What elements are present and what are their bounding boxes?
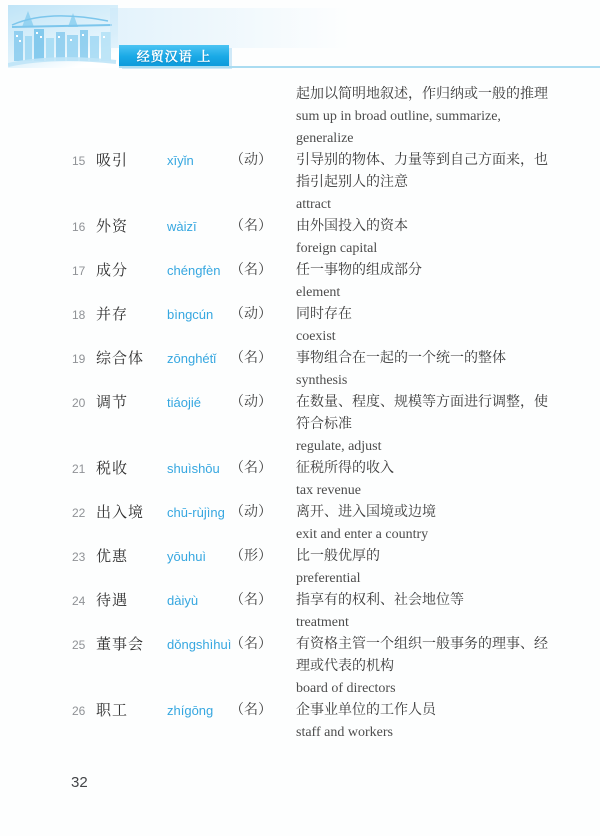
entry-number: 21: [72, 458, 96, 480]
entry-definition: 离开、进入国境或边境exit and enter a country: [296, 502, 600, 546]
vocab-entry: 18并存bìngcún（动）同时存在coexist: [0, 304, 600, 348]
entry-word: 税收: [96, 458, 167, 480]
entry-definition: 事物组合在一起的一个统一的整体synthesis: [296, 348, 600, 392]
entry-pinyin: chū-rùjìng: [167, 502, 230, 524]
entry-word: 吸引: [96, 150, 167, 172]
entry-pinyin: xīyǐn: [167, 150, 230, 172]
entry-word: 优惠: [96, 546, 167, 568]
chapter-banner: 经贸汉语 上: [119, 45, 229, 66]
entry-word: 并存: [96, 304, 167, 326]
definition-line-en: sum up in broad outline, summarize,: [296, 106, 600, 128]
definition-line-en: staff and workers: [296, 722, 600, 744]
vocab-entry: 23优惠yōuhuì（形）比一般优厚的preferential: [0, 546, 600, 590]
entry-pos: （动）: [230, 150, 296, 172]
definition-line-en: regulate, adjust: [296, 436, 600, 458]
entry-number: 17: [72, 260, 96, 282]
vocab-list: 起加以简明地叙述，作归纳或一般的推理sum up in broad outlin…: [0, 84, 600, 744]
chapter-banner-title: 经贸汉语 上: [137, 46, 212, 65]
definition-line-en: tax revenue: [296, 480, 600, 502]
entry-definition: 由外国投入的资本foreign capital: [296, 216, 600, 260]
vocab-entry: 26职工zhígōng（名）企事业单位的工作人员staff and worker…: [0, 700, 600, 744]
definition-line-en: coexist: [296, 326, 600, 348]
definition-line-en: element: [296, 282, 600, 304]
vocab-entry: 20调节tiáojié（动）在数量、程度、规模等方面进行调整，使符合标准regu…: [0, 392, 600, 458]
definition-line-zh: 有资格主管一个组织一般事务的理事、经: [296, 634, 600, 656]
entry-pos: （形）: [230, 546, 296, 568]
page-number: 32: [71, 774, 88, 791]
entry-pinyin: chéngfèn: [167, 260, 230, 282]
entry-pos: （名）: [230, 634, 296, 656]
entry-definition: 指享有的权利、社会地位等treatment: [296, 590, 600, 634]
entry-word: 职工: [96, 700, 167, 722]
entry-definition: 征税所得的收入tax revenue: [296, 458, 600, 502]
entry-pos: （名）: [230, 260, 296, 282]
entry-number: 19: [72, 348, 96, 370]
entry-word: 成分: [96, 260, 167, 282]
entry-pos: （名）: [230, 590, 296, 612]
vocab-entry: 25董事会dǒngshìhuì（名）有资格主管一个组织一般事务的理事、经理或代表…: [0, 634, 600, 700]
definition-line-zh: 任一事物的组成部分: [296, 260, 600, 282]
entry-pos: （名）: [230, 216, 296, 238]
vocab-entry: 17成分chéngfèn（名）任一事物的组成部分element: [0, 260, 600, 304]
definition-line-en: treatment: [296, 612, 600, 634]
entry-definition: 任一事物的组成部分element: [296, 260, 600, 304]
entry-definition: 有资格主管一个组织一般事务的理事、经理或代表的机构board of direct…: [296, 634, 600, 700]
entry-pinyin: zhígōng: [167, 700, 230, 722]
entry-number: 18: [72, 304, 96, 326]
header-wash: [110, 8, 350, 48]
entry-word: 调节: [96, 392, 167, 414]
entry-number: 24: [72, 590, 96, 612]
definition-line-zh: 企事业单位的工作人员: [296, 700, 600, 722]
entry-definition: 引导别的物体、力量等到自己方面来，也指引起别人的注意attract: [296, 150, 600, 216]
entry-number: 23: [72, 546, 96, 568]
entry-pos: （名）: [230, 700, 296, 722]
definition-line-zh: 征税所得的收入: [296, 458, 600, 480]
definition-line-en: generalize: [296, 128, 600, 150]
definition-line-zh: 比一般优厚的: [296, 546, 600, 568]
definition-line-zh: 指引起别人的注意: [296, 172, 600, 194]
entry-number: 16: [72, 216, 96, 238]
vocab-entry: 24待遇dàiyù（名）指享有的权利、社会地位等treatment: [0, 590, 600, 634]
entry-pos: （动）: [230, 304, 296, 326]
entry-number: 20: [72, 392, 96, 414]
definition-line-zh: 起加以简明地叙述，作归纳或一般的推理: [296, 84, 600, 106]
entry-definition: 比一般优厚的preferential: [296, 546, 600, 590]
definition-line-zh: 在数量、程度、规模等方面进行调整，使: [296, 392, 600, 414]
entry-definition: 企事业单位的工作人员staff and workers: [296, 700, 600, 744]
entry-number: 22: [72, 502, 96, 524]
vocab-entry: 19综合体zōnghétǐ（名）事物组合在一起的一个统一的整体synthesis: [0, 348, 600, 392]
entry-definition: 同时存在coexist: [296, 304, 600, 348]
vocab-entry: 21税收shuìshōu（名）征税所得的收入tax revenue: [0, 458, 600, 502]
entry-pos: （动）: [230, 392, 296, 414]
definition-line-en: preferential: [296, 568, 600, 590]
entry-pinyin: tiáojié: [167, 392, 230, 414]
entry-pinyin: dǒngshìhuì: [167, 634, 230, 656]
entry-definition: 在数量、程度、规模等方面进行调整，使符合标准regulate, adjust: [296, 392, 600, 458]
entry-pinyin: yōuhuì: [167, 546, 230, 568]
entry-number: 25: [72, 634, 96, 656]
vocab-entry: 起加以简明地叙述，作归纳或一般的推理sum up in broad outlin…: [0, 84, 600, 150]
definition-line-zh: 由外国投入的资本: [296, 216, 600, 238]
vocab-entry: 15吸引xīyǐn（动）引导别的物体、力量等到自己方面来，也指引起别人的注意at…: [0, 150, 600, 216]
vocab-entry: 16外资wàizī（名）由外国投入的资本foreign capital: [0, 216, 600, 260]
entry-definition: 起加以简明地叙述，作归纳或一般的推理sum up in broad outlin…: [296, 84, 600, 150]
definition-line-zh: 事物组合在一起的一个统一的整体: [296, 348, 600, 370]
definition-line-en: board of directors: [296, 678, 600, 700]
definition-line-zh: 同时存在: [296, 304, 600, 326]
entry-number: 15: [72, 150, 96, 172]
definition-line-zh: 理或代表的机构: [296, 656, 600, 678]
definition-line-en: synthesis: [296, 370, 600, 392]
entry-pos: （动）: [230, 502, 296, 524]
page-header: 经贸汉语 上: [0, 0, 600, 80]
vocab-entry: 22出入境chū-rùjìng（动）离开、进入国境或边境exit and ent…: [0, 502, 600, 546]
definition-line-zh: 引导别的物体、力量等到自己方面来，也: [296, 150, 600, 172]
entry-pos: （名）: [230, 348, 296, 370]
entry-word: 出入境: [96, 502, 167, 524]
entry-word: 外资: [96, 216, 167, 238]
definition-line-zh: 符合标准: [296, 414, 600, 436]
entry-pinyin: bìngcún: [167, 304, 230, 326]
definition-line-en: foreign capital: [296, 238, 600, 260]
entry-number: 26: [72, 700, 96, 722]
definition-line-en: attract: [296, 194, 600, 216]
definition-line-zh: 指享有的权利、社会地位等: [296, 590, 600, 612]
entry-word: 综合体: [96, 348, 167, 370]
entry-word: 董事会: [96, 634, 167, 656]
header-rule: [119, 66, 600, 68]
entry-word: 待遇: [96, 590, 167, 612]
entry-pinyin: shuìshōu: [167, 458, 230, 480]
definition-line-zh: 离开、进入国境或边境: [296, 502, 600, 524]
entry-pinyin: zōnghétǐ: [167, 348, 230, 370]
entry-pos: （名）: [230, 458, 296, 480]
entry-pinyin: dàiyù: [167, 590, 230, 612]
cityscape-image: [8, 5, 118, 68]
entry-pinyin: wàizī: [167, 216, 230, 238]
definition-line-en: exit and enter a country: [296, 524, 600, 546]
